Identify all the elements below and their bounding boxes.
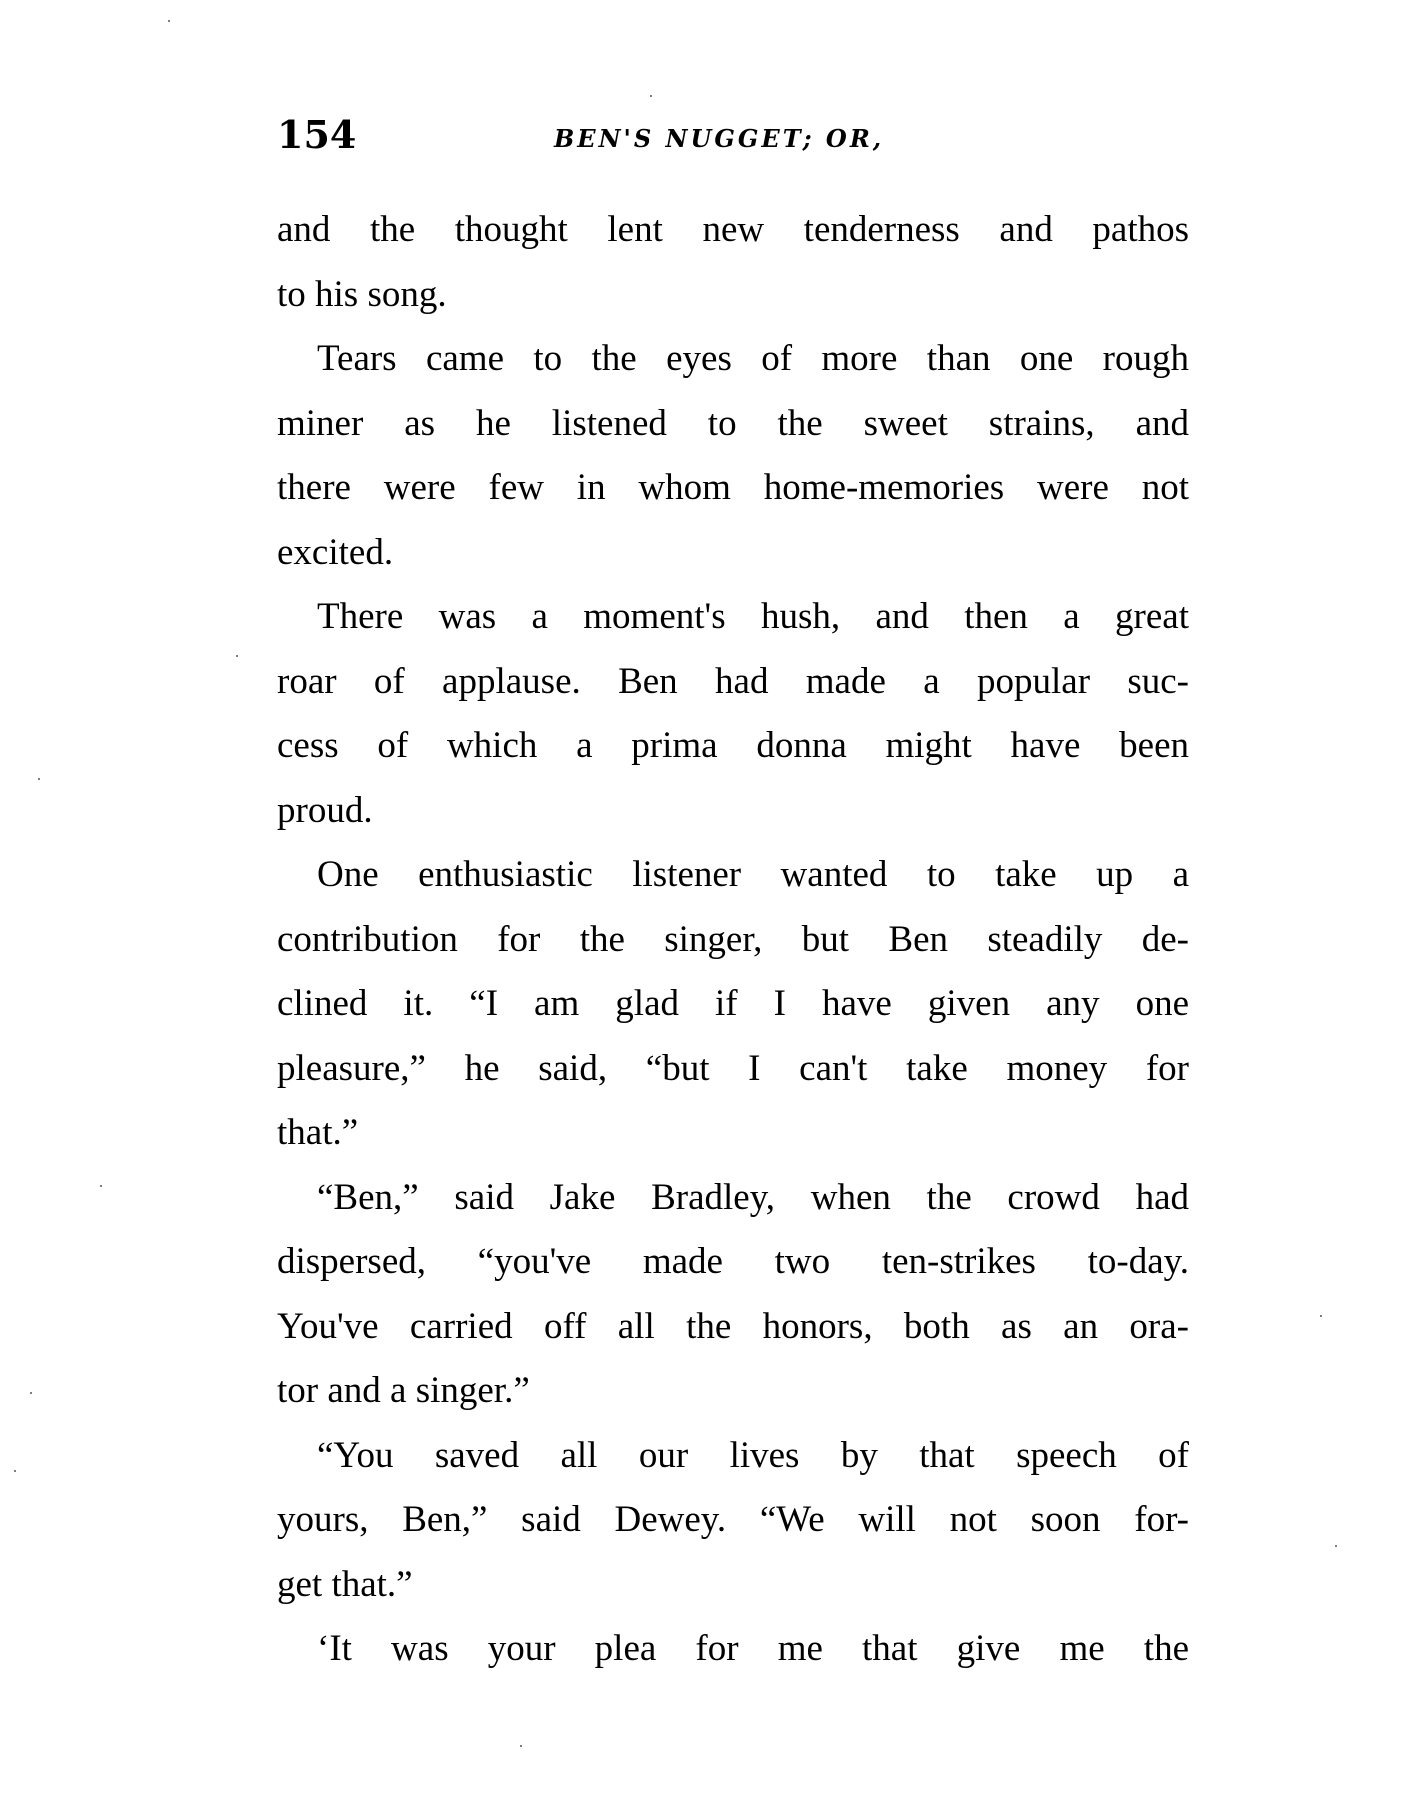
scan-speck [236, 655, 238, 657]
text-line: to his song. [277, 263, 1189, 328]
text-line: proud. [277, 779, 1189, 844]
body-text: and the thought lent new tenderness and … [277, 198, 1189, 1682]
scan-speck [1320, 1315, 1322, 1317]
text-line: “Ben,” said Jake Bradley, when the crowd… [277, 1166, 1189, 1231]
scan-speck [38, 778, 40, 780]
scan-speck [520, 1745, 522, 1747]
running-head: BEN'S NUGGET; OR, [554, 124, 884, 153]
text-line: there were few in whom home-memories wer… [277, 456, 1189, 521]
scan-speck [30, 1392, 32, 1394]
text-line: ‘It was your plea for me that give me th… [277, 1617, 1189, 1682]
scan-speck [168, 20, 170, 22]
scan-speck [14, 1470, 16, 1472]
text-line: Tears came to the eyes of more than one … [277, 327, 1189, 392]
text-line: pleasure,” he said, “but I can't take mo… [277, 1037, 1189, 1102]
text-line: yours, Ben,” said Dewey. “We will not so… [277, 1488, 1189, 1553]
text-line: You've carried off all the honors, both … [277, 1295, 1189, 1360]
page-header: 154 BEN'S NUGGET; OR, [277, 112, 1197, 162]
text-line: and the thought lent new tenderness and … [277, 198, 1189, 263]
text-line: tor and a singer.” [277, 1359, 1189, 1424]
text-line: dispersed, “you've made two ten-strikes … [277, 1230, 1189, 1295]
text-line: cess of which a prima donna might have b… [277, 714, 1189, 779]
text-line: roar of applause. Ben had made a popular… [277, 650, 1189, 715]
page-number: 154 [277, 112, 356, 157]
scan-speck [100, 1185, 102, 1187]
text-line: get that.” [277, 1553, 1189, 1618]
text-line: contribution for the singer, but Ben ste… [277, 908, 1189, 973]
text-line: clined it. “I am glad if I have given an… [277, 972, 1189, 1037]
scan-speck [650, 95, 652, 97]
text-line: miner as he listened to the sweet strain… [277, 392, 1189, 457]
text-line: that.” [277, 1101, 1189, 1166]
book-page: 154 BEN'S NUGGET; OR, and the thought le… [0, 0, 1426, 1793]
text-line: One enthusiastic listener wanted to take… [277, 843, 1189, 908]
text-line: excited. [277, 521, 1189, 586]
text-line: There was a moment's hush, and then a gr… [277, 585, 1189, 650]
text-line: “You saved all our lives by that speech … [277, 1424, 1189, 1489]
scan-speck [1335, 1545, 1337, 1547]
